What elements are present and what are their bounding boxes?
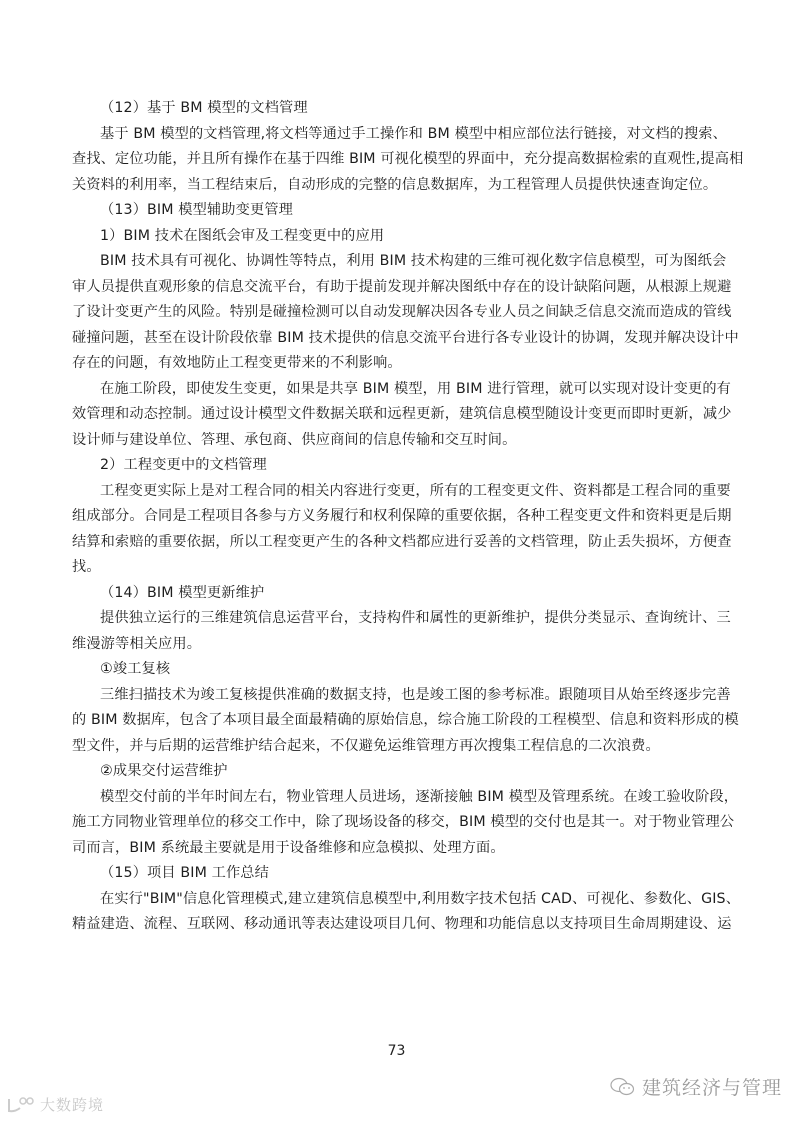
paragraph-13-1-a: BIM 技术具有可视化、协调性等特点，利用 BIM 技术构建的三维可视化数字信息…	[72, 249, 722, 377]
text-line: 结算和索赔的重要依据，所以工程变更产生的各种文档都应进行妥善的文档管理，防止丢失…	[72, 530, 722, 556]
text-line: 司而言，BIM 系统最主要就是用于设备维修和应急模拟、处理方面。	[72, 836, 722, 862]
logo-icon	[6, 1096, 36, 1114]
text-line: 关资料的利用率，当工程结束后，自动形成的完整的信息数据库，为工程管理人员提供快速…	[72, 173, 722, 199]
watermark-left-text: 大数跨境	[40, 1094, 104, 1115]
text-line: 组成部分。合同是工程项目各参与方义务履行和权利保障的重要依据，各种工程变更文件和…	[72, 504, 722, 530]
text-line: BIM 技术具有可视化、协调性等特点，利用 BIM 技术构建的三维可视化数字信息…	[72, 249, 722, 275]
paragraph-13-2: 工程变更实际上是对工程合同的相关内容进行变更，所有的工程变更文件、资料都是工程合…	[72, 479, 722, 581]
text-line: 审人员提供直观形象的信息交流平台，有助于提前发现并解决图纸中存在的设计缺陷问题，…	[72, 275, 722, 301]
text-line: 施工方同物业管理单位的移交工作中，除了现场设备的移交，BIM 模型的交付也是其一…	[72, 810, 722, 836]
text-line: 查找、定位功能，并且所有操作在基于四维 BIM 可视化模型的界面中，充分提高数据…	[72, 147, 722, 173]
text-line: 精益建造、流程、互联网、移动通讯等表达建设项目几何、物理和功能信息以支持项目生命…	[72, 912, 722, 938]
watermark-right-text: 建筑经济与管理	[642, 1073, 782, 1100]
subheading-13-1: 1）BIM 技术在图纸会审及工程变更中的应用	[72, 224, 722, 250]
paragraph-15: 在实行"BIM"信息化管理模式,建立建筑信息模型中,利用数字技术包括 CAD、可…	[72, 887, 722, 938]
text-line: 找。	[72, 555, 722, 581]
paragraph-14: 提供独立运行的三维建筑信息运营平台，支持构件和属性的更新维护，提供分类显示、查询…	[72, 606, 722, 657]
subheading-14-1: ①竣工复核	[72, 657, 722, 683]
heading-12: （12）基于 BM 模型的文档管理	[72, 96, 722, 122]
text-line: 模型交付前的半年时间左右，物业管理人员进场，逐渐接触 BIM 模型及管理系统。在…	[72, 785, 722, 811]
text-line: 基于 BM 模型的文档管理,将文档等通过手工操作和 BM 模型中相应部位法行链接…	[72, 122, 722, 148]
text-line: 工程变更实际上是对工程合同的相关内容进行变更，所有的工程变更文件、资料都是工程合…	[72, 479, 722, 505]
text-line: 了设计变更产生的风险。特别是碰撞检测可以自动发现解决因各专业人员之间缺乏信息交流…	[72, 300, 722, 326]
paragraph-12-document-management: 基于 BM 模型的文档管理,将文档等通过手工操作和 BM 模型中相应部位法行链接…	[72, 122, 722, 199]
paragraph-13-1-b: 在施工阶段，即使发生变更，如果是共享 BIM 模型，用 BIM 进行管理，就可以…	[72, 377, 722, 454]
heading-13: （13）BIM 模型辅助变更管理	[72, 198, 722, 224]
text-line: 提供独立运行的三维建筑信息运营平台，支持构件和属性的更新维护，提供分类显示、查询…	[72, 606, 722, 632]
subheading-14-2: ②成果交付运营维护	[72, 759, 722, 785]
paragraph-14-1: 三维扫描技术为竣工复核提供准确的数据支持，也是竣工图的参考标准。跟随项目从始至终…	[72, 683, 722, 760]
page-number: 73	[0, 1043, 793, 1059]
document-body: （12）基于 BM 模型的文档管理 基于 BM 模型的文档管理,将文档等通过手工…	[72, 96, 722, 938]
text-line: 型文件，并与后期的运营维护结合起来，不仅避免运维管理方再次搜集工程信息的二次浪费…	[72, 734, 722, 760]
text-line: 效管理和动态控制。通过设计模型文件数据关联和远程更新，建筑信息模型随设计变更而即…	[72, 402, 722, 428]
text-line: 三维扫描技术为竣工复核提供准确的数据支持，也是竣工图的参考标准。跟随项目从始至终…	[72, 683, 722, 709]
watermark-logo: 大数跨境	[6, 1094, 104, 1115]
text-line: 碰撞问题，甚至在设计阶段依靠 BIM 技术提供的信息交流平台进行各专业设计的协调…	[72, 326, 722, 352]
paragraph-14-2: 模型交付前的半年时间左右，物业管理人员进场，逐渐接触 BIM 模型及管理系统。在…	[72, 785, 722, 862]
text-line: 在施工阶段，即使发生变更，如果是共享 BIM 模型，用 BIM 进行管理，就可以…	[72, 377, 722, 403]
text-line: 维漫游等相关应用。	[72, 632, 722, 658]
subheading-13-2: 2）工程变更中的文档管理	[72, 453, 722, 479]
text-line: 存在的问题，有效地防止工程变更带来的不利影响。	[72, 351, 722, 377]
wechat-icon	[610, 1076, 636, 1098]
text-line: 设计师与建设单位、答理、承包商、供应商间的信息传输和交互时间。	[72, 428, 722, 454]
heading-15: （15）项目 BIM 工作总结	[72, 861, 722, 887]
heading-14: （14）BIM 模型更新维护	[72, 581, 722, 607]
text-line: 的 BIM 数据库，包含了本项目最全面最精确的原始信息，综合施工阶段的工程模型、…	[72, 708, 722, 734]
text-line: 在实行"BIM"信息化管理模式,建立建筑信息模型中,利用数字技术包括 CAD、可…	[72, 887, 722, 913]
watermark-wechat-account: 建筑经济与管理	[610, 1073, 782, 1100]
